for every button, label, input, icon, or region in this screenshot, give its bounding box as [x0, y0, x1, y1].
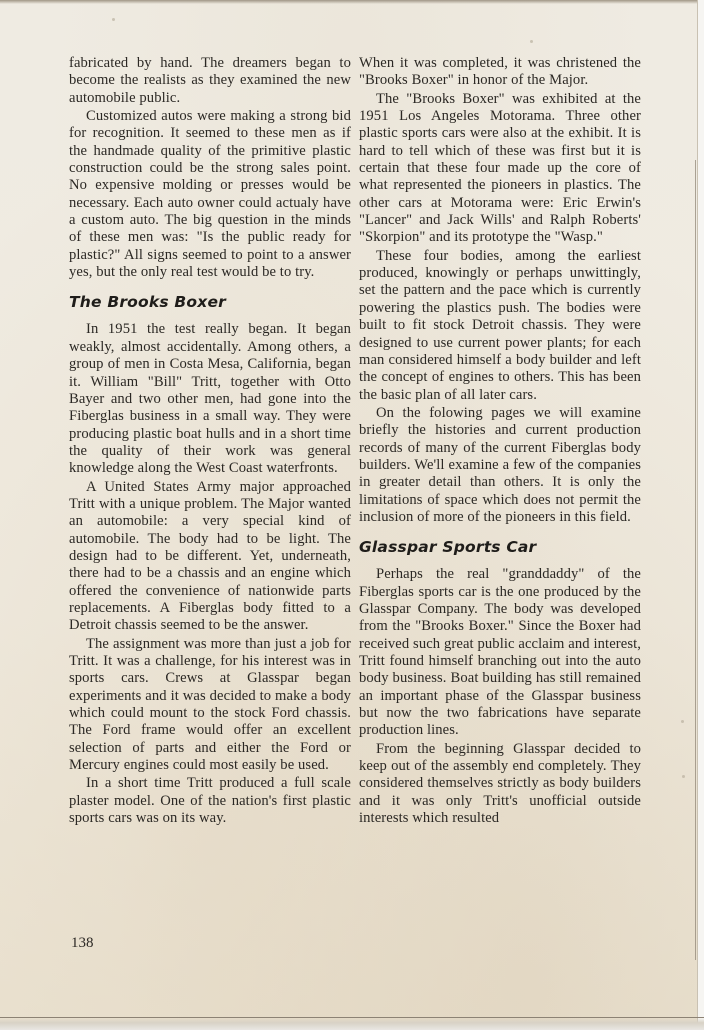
paragraph: On the folowing pages we will examine br…: [359, 405, 641, 526]
paper-speck: [681, 720, 684, 723]
paper-speck: [682, 775, 685, 778]
paper-speck: [530, 40, 533, 43]
paragraph: A United States Army major approached Tr…: [69, 479, 351, 635]
left-column: fabricated by hand. The dreamers began t…: [69, 55, 351, 828]
paragraph: When it was completed, it was christened…: [359, 55, 641, 90]
paragraph: fabricated by hand. The dreamers began t…: [69, 55, 351, 107]
paragraph: Customized autos were making a strong bi…: [69, 108, 351, 281]
right-column: When it was completed, it was christened…: [359, 55, 641, 828]
section-heading-glasspar: Glasspar Sports Car: [359, 537, 641, 557]
paragraph: These four bodies, among the earliest pr…: [359, 248, 641, 404]
paragraph: In 1951 the test really began. It began …: [69, 321, 351, 477]
magazine-page: fabricated by hand. The dreamers began t…: [0, 0, 704, 1030]
paragraph: Perhaps the real "granddaddy" of the Fib…: [359, 566, 641, 739]
paragraph: The assignment was more than just a job …: [69, 636, 351, 775]
paragraph: From the beginning Glasspar decided to k…: [359, 741, 641, 828]
paragraph: In a short time Tritt produced a full sc…: [69, 775, 351, 827]
paragraph: The "Brooks Boxer" was exhibited at the …: [359, 91, 641, 247]
page-top-edge: [0, 0, 704, 4]
page-bottom-edge: [0, 1017, 704, 1030]
page-right-edge: [697, 0, 704, 1030]
section-heading-brooks-boxer: The Brooks Boxer: [69, 292, 351, 312]
paper-speck: [112, 18, 115, 21]
page-number: 138: [71, 935, 94, 952]
binding-line: [695, 160, 696, 960]
